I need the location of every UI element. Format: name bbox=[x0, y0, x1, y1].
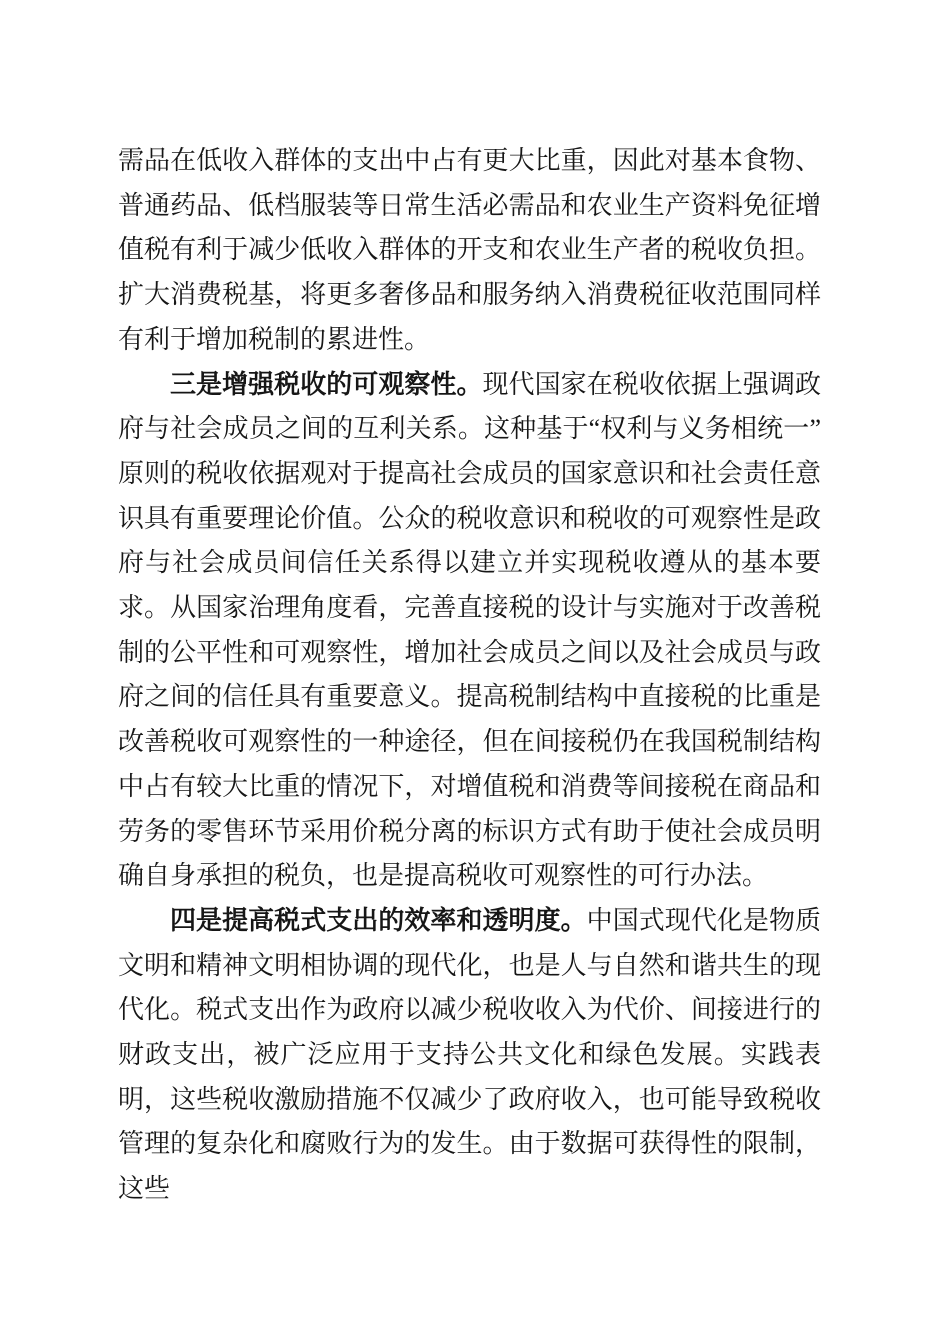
document-page: 需品在低收入群体的支出中占有更大比重，因此对基本食物、普通药品、低档服装等日常生… bbox=[0, 0, 950, 1344]
paragraph-lead: 三是增强税收的可观察性。 bbox=[170, 370, 483, 399]
paragraph: 三是增强税收的可观察性。现代国家在税收依据上强调政府与社会成员之间的互利关系。这… bbox=[118, 363, 821, 899]
paragraph-text: 现代国家在税收依据上强调政府与社会成员之间的互利关系。这种基于“权利与义务相统一… bbox=[118, 370, 821, 891]
paragraph: 四是提高税式支出的效率和透明度。中国式现代化是物质文明和精神文明相协调的现代化，… bbox=[118, 899, 821, 1212]
paragraph-text: 需品在低收入群体的支出中占有更大比重，因此对基本食物、普通药品、低档服装等日常生… bbox=[118, 146, 821, 354]
document-body-text: 需品在低收入群体的支出中占有更大比重，因此对基本食物、普通药品、低档服装等日常生… bbox=[118, 139, 821, 1212]
paragraph-lead: 四是提高税式支出的效率和透明度。 bbox=[170, 906, 587, 935]
paragraph-text: 中国式现代化是物质文明和精神文明相协调的现代化，也是人与自然和谐共生的现代化。税… bbox=[118, 906, 821, 1203]
paragraph: 需品在低收入群体的支出中占有更大比重，因此对基本食物、普通药品、低档服装等日常生… bbox=[118, 139, 821, 363]
